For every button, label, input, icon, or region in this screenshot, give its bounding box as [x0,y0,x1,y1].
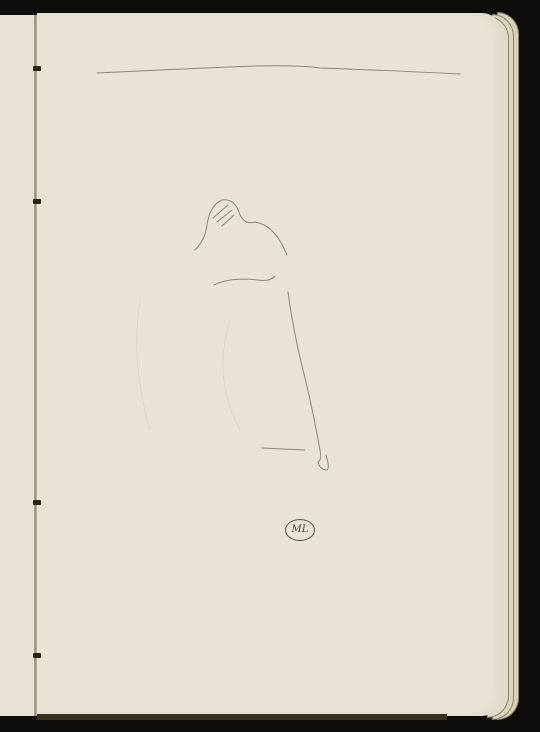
pencil-sketch [0,0,540,732]
collection-stamp: ML [285,519,315,541]
